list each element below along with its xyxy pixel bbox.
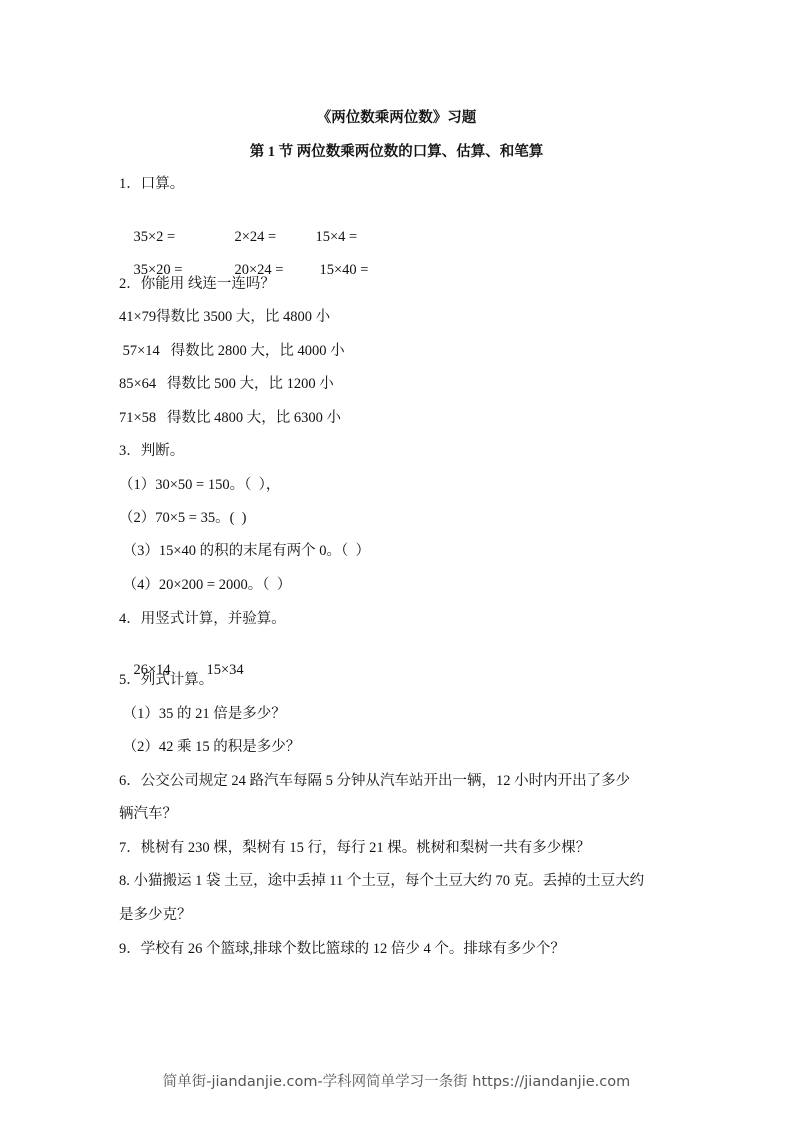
q8-line-1: 8. 小猫搬运 1 袋 土豆，途中丢掉 11 个土豆，每个土豆大约 70 克。丢… [119, 871, 644, 891]
q1-expr: 15×40 = [320, 260, 369, 280]
q3-item: （3）15×40 的积的末尾有两个 0。（ ） [119, 541, 370, 561]
q2-item: 85×64 得数比 500 大，比 1200 小 [119, 374, 334, 394]
q5-item: （2）42 乘 15 的积是多少？ [119, 737, 300, 757]
q2-item: 57×14 得数比 2800 大，比 4000 小 [119, 341, 345, 361]
q1-heading: 1．口算。 [119, 174, 184, 194]
q2-item: 71×58 得数比 4800 大，比 6300 小 [119, 408, 341, 428]
q3-item: （1）30×50 = 150。（ ）， [119, 475, 280, 495]
q2-heading: 2．你能用 线连一连吗？ [119, 274, 275, 294]
q3-item: （2）70×5 = 35。( ) [119, 508, 247, 528]
q3-item: （4）20×200 = 2000。（ ） [119, 575, 291, 595]
footer-watermark: 简单街-jiandanjie.com-学科网简单学习一条街 https://ji… [0, 1070, 793, 1091]
q6-line-1: 6．公交公司规定 24 路汽车每隔 5 分钟从汽车站开出一辆，12 小时内开出了… [119, 771, 630, 791]
q5-heading: 5．列式计算。 [119, 670, 213, 690]
q2-item: 41×79得数比 3500 大，比 4800 小 [119, 307, 330, 327]
q8-line-2: 是多少克？ [119, 905, 192, 925]
q5-item: （1）35 的 21 倍是多少？ [119, 704, 286, 724]
q9: 9．学校有 26 个篮球,排球个数比篮球的 12 倍少 4 个。排球有多少个？ [119, 939, 565, 959]
q7: 7．桃树有 230 棵，梨树有 15 行，每行 21 棵。桃树和梨树一共有多少棵… [119, 838, 590, 858]
section-heading: 第 1 节 两位数乘两位数的口算、估算、和笔算 [0, 140, 793, 161]
document-title: 《两位数乘两位数》习题 [0, 106, 793, 127]
q6-line-2: 辆汽车？ [119, 804, 177, 824]
q4-heading: 4．用竖式计算，并验算。 [119, 609, 286, 629]
q3-heading: 3．判断。 [119, 441, 184, 461]
